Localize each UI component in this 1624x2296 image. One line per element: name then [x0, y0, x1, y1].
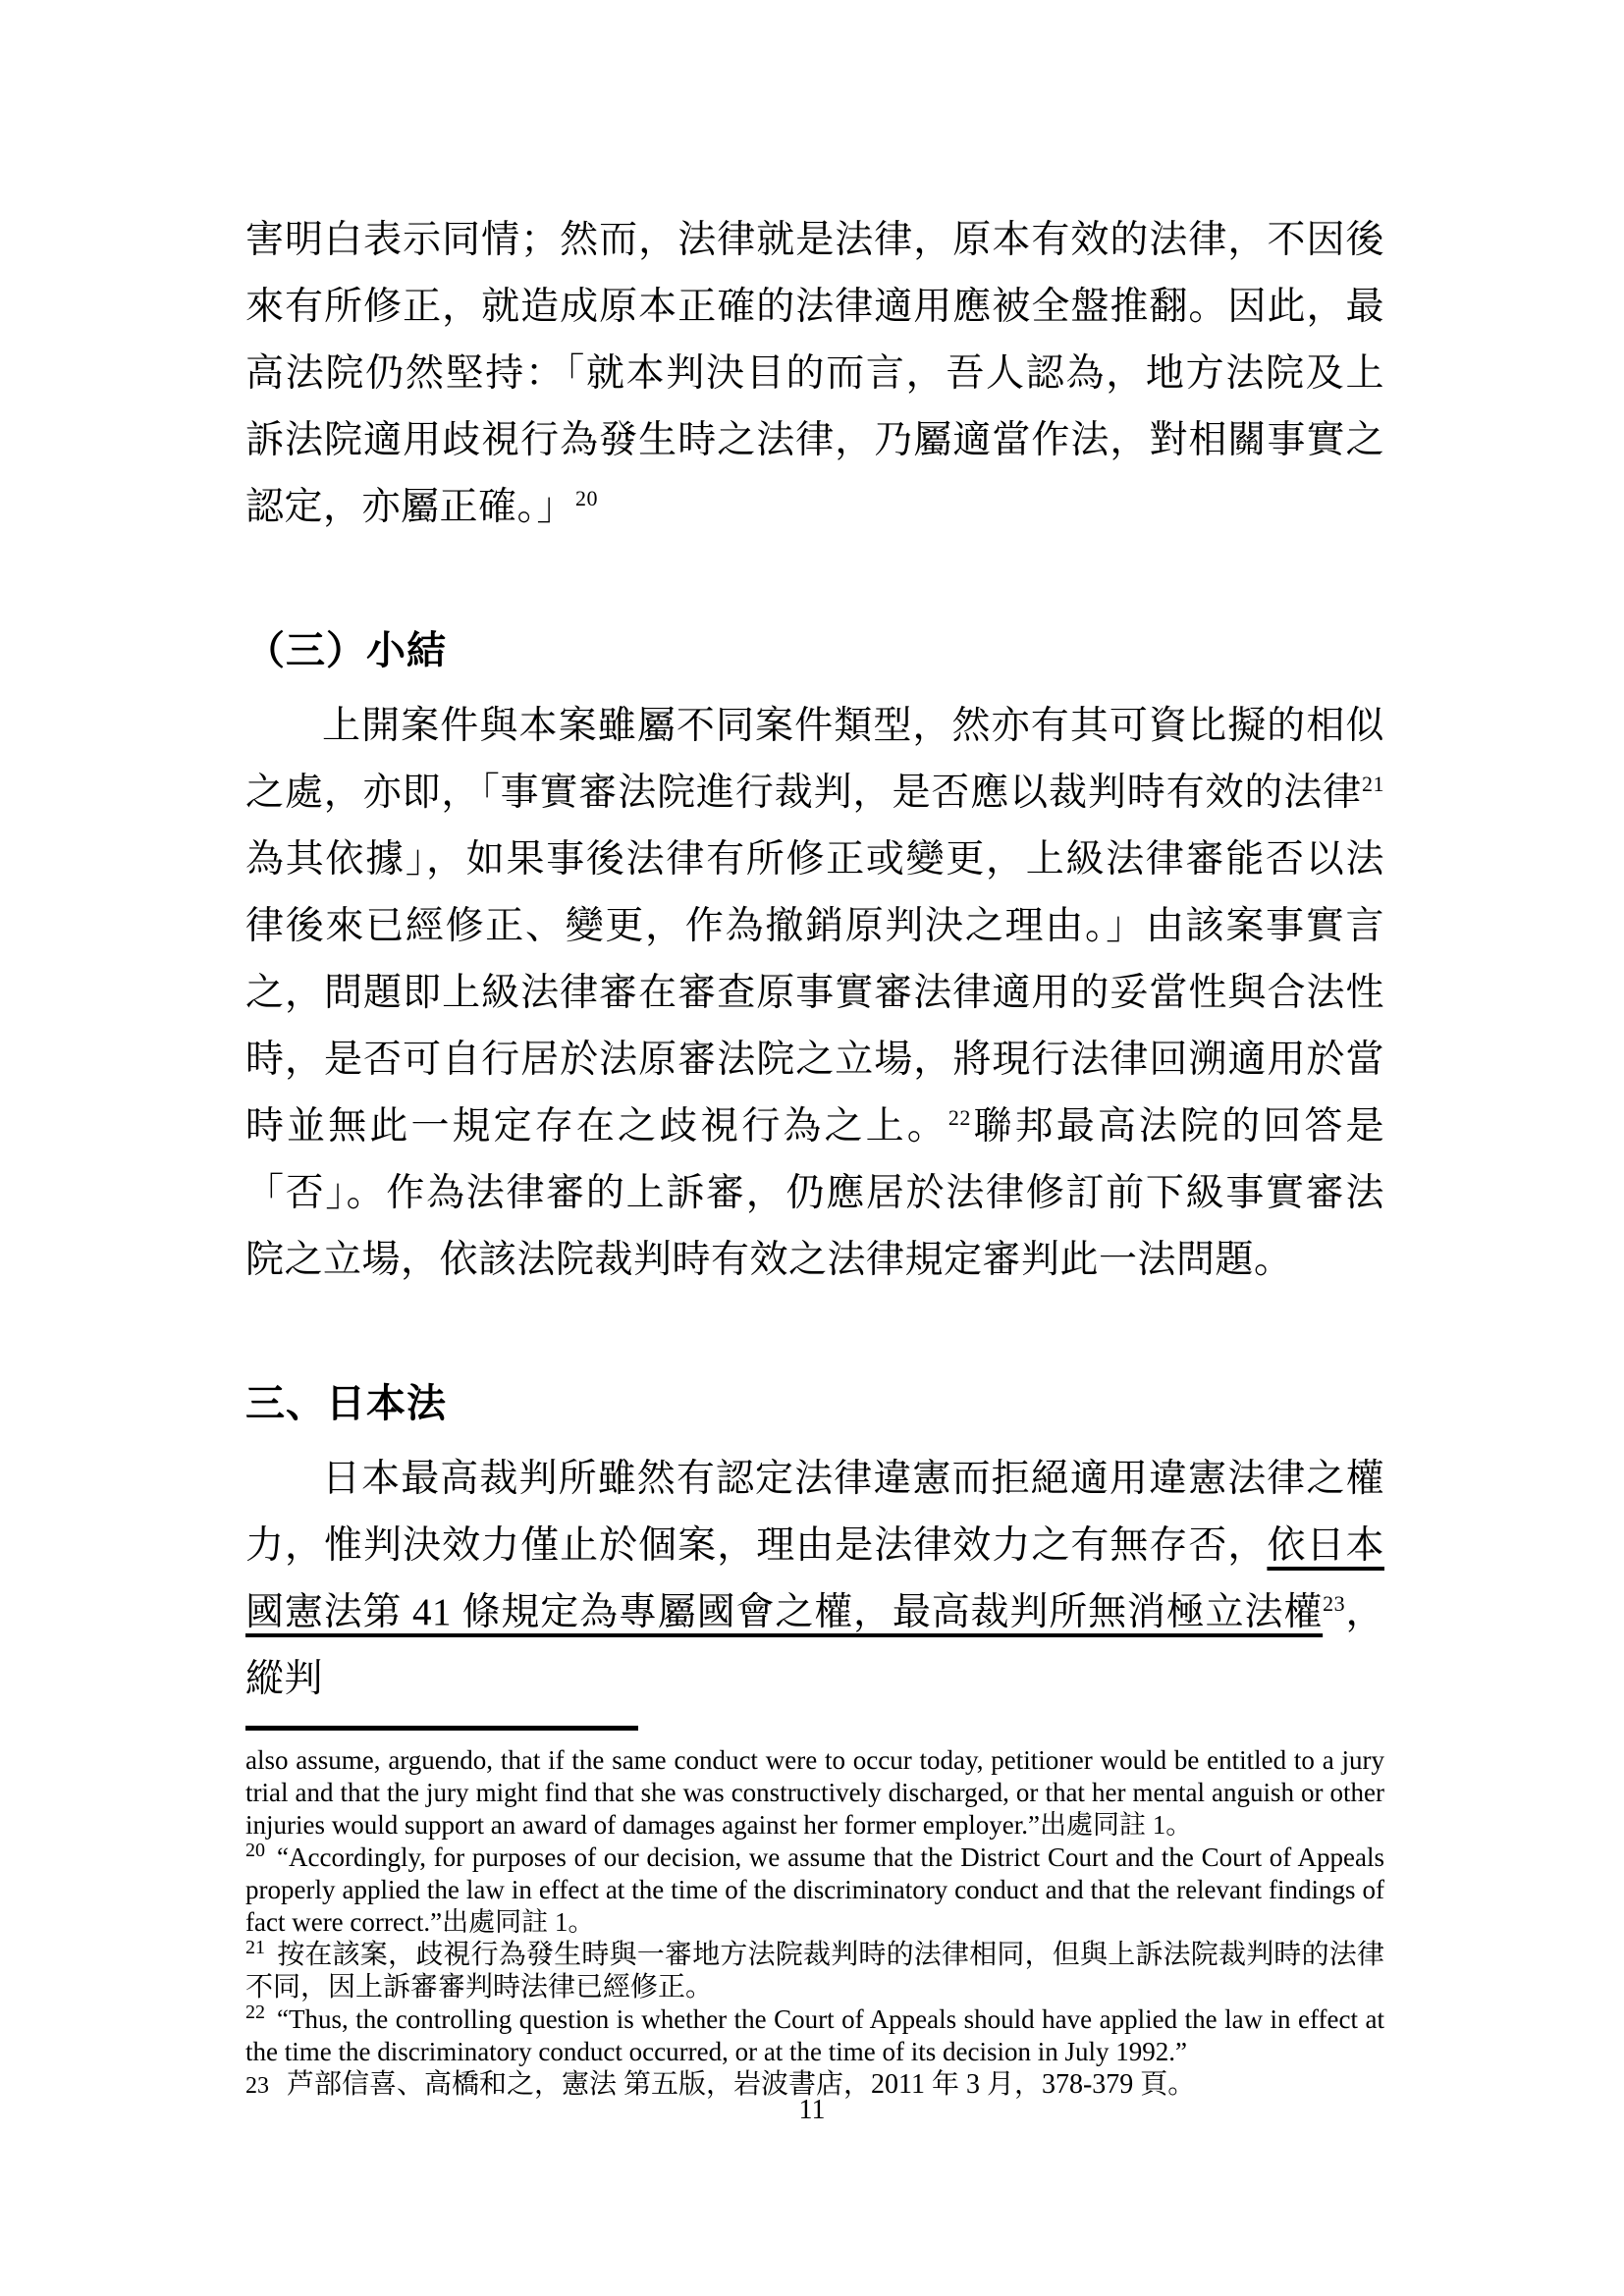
body-paragraph: 上開案件與本案雖屬不同案件類型，然亦有其可資比擬的相似之處，亦即，「事實審法院進… — [245, 693, 1384, 1294]
footnote-text: “Thus, the controlling question is wheth… — [245, 2004, 1384, 2066]
text-run: 害明白表示同情；然而，法律就是法律，原本有效的法律，不因後來有所修正，就造成原本… — [245, 219, 1384, 528]
footnote-item: 22“Thus, the controlling question is whe… — [245, 2003, 1384, 2068]
body-paragraph: 害明白表示同情；然而，法律就是法律，原本有效的法律，不因後來有所修正，就造成原本… — [245, 207, 1384, 541]
footnote-reference: 20 — [575, 486, 598, 510]
footnote-item: also assume, arguendo, that if the same … — [245, 1744, 1384, 1842]
footnote-separator — [245, 1726, 638, 1731]
footnote-item: 20“Accordingly, for purposes of our deci… — [245, 1842, 1384, 1939]
footnote-marker: 21 — [245, 1937, 265, 1958]
page-number: 11 — [0, 2095, 1624, 2126]
footnotes-section: also assume, arguendo, that if the same … — [245, 1744, 1384, 2103]
footnote-text: “Accordingly, for purposes of our decisi… — [245, 1842, 1384, 1937]
text-run: 三、日本法 — [245, 1381, 447, 1425]
text-run: 日本最高裁判所雖然有認定法律違憲而拒絕適用違憲法律之權力，惟判決效力僅止於個案，… — [245, 1458, 1384, 1567]
document-body: 害明白表示同情；然而，法律就是法律，原本有效的法律，不因後來有所修正，就造成原本… — [245, 207, 1384, 1713]
footnote-reference: 22 — [948, 1105, 971, 1130]
footnote-reference: 21 — [1362, 772, 1384, 796]
footnote-text: also assume, arguendo, that if the same … — [245, 1745, 1384, 1840]
footnote-marker: 20 — [245, 1840, 265, 1861]
footnote-text: 按在該案，歧視行為發生時與一審地方法院裁判時的法律相同，但與上訴法院裁判時的法律… — [245, 1940, 1384, 2002]
footnote-item: 21按在該案，歧視行為發生時與一審地方法院裁判時的法律相同，但與上訴法院裁判時的… — [245, 1939, 1384, 2003]
section-heading: （三）小結 — [245, 617, 1384, 684]
document-page: 害明白表示同情；然而，法律就是法律，原本有效的法律，不因後來有所修正，就造成原本… — [0, 0, 1624, 2296]
footnote-marker: 22 — [245, 2002, 265, 2023]
document-frame: 害明白表示同情；然而，法律就是法律，原本有效的法律，不因後來有所修正，就造成原本… — [245, 207, 1384, 2103]
section-heading: 三、日本法 — [245, 1370, 1384, 1437]
text-run: （三）小結 — [245, 628, 447, 672]
footnote-reference: 23 — [1323, 1591, 1345, 1616]
body-paragraph: 日本最高裁判所雖然有認定法律違憲而拒絕適用違憲法律之權力，惟判決效力僅止於個案，… — [245, 1446, 1384, 1713]
text-run: 上開案件與本案雖屬不同案件類型，然亦有其可資比擬的相似之處，亦即，「事實審法院進… — [245, 705, 1384, 814]
text-run: 為其依據」，如果事後法律有所修正或變更，上級法律審能否以法律後來已經修正、變更，… — [245, 838, 1384, 1148]
